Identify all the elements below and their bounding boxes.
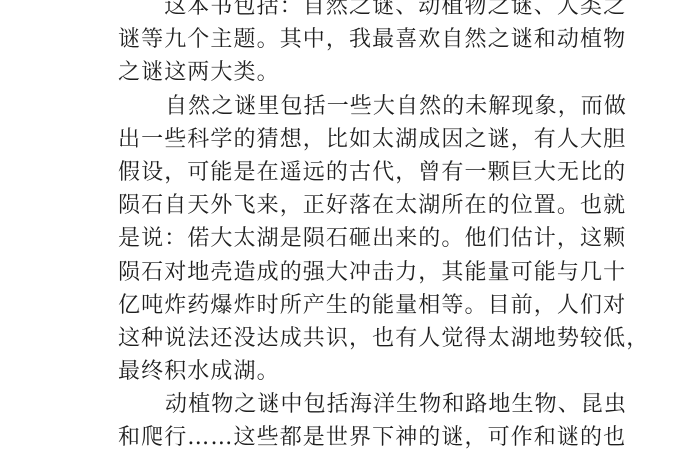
text-line: 陨石自天外飞来，正好落在太湖所在的位置。也就	[118, 189, 588, 222]
text-line: 陨石对地壳造成的强大冲击力，其能量可能与几十	[118, 256, 588, 289]
text-line: 最终积水成湖。	[118, 355, 588, 388]
text-line: 假设，可能是在遥远的古代，曾有一颗巨大无比的	[118, 156, 588, 189]
text-line: 动植物之谜中包括海洋生物和路地生物、昆虫	[118, 388, 588, 421]
document-page: 这本书包括：自然之谜、动植物之谜、人类之 谜等九个主题。其中，我最喜欢自然之谜和…	[118, 0, 588, 455]
text-line: 是说：偌大太湖是陨石砸出来的。他们估计，这颗	[118, 222, 588, 255]
text-line: 谜等九个主题。其中，我最喜欢自然之谜和动植物	[118, 23, 588, 56]
text-line: 自然之谜里包括一些大自然的未解现象，而做	[118, 90, 588, 123]
text-line: 出一些科学的猜想，比如太湖成因之谜，有人大胆	[118, 123, 588, 156]
text-line: 之谜这两大类。	[118, 56, 588, 89]
text-line: 和爬行……这些都是世界下神的谜，可作和谜的也	[118, 421, 588, 454]
text-line: 亿吨炸药爆炸时所产生的能量相等。目前，人们对	[118, 289, 588, 322]
text-line: 这种说法还没达成共识，也有人觉得太湖地势较低，	[118, 322, 588, 355]
text-line: 这本书包括：自然之谜、动植物之谜、人类之	[118, 0, 588, 23]
